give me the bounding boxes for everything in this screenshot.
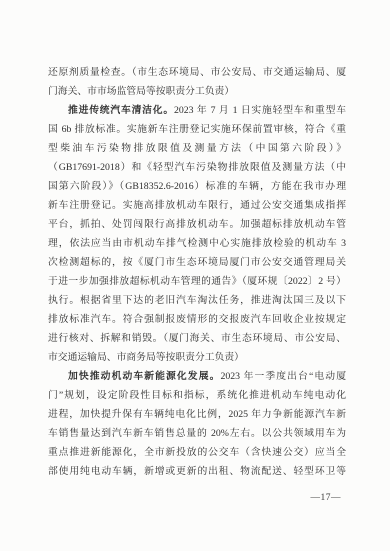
line-text: 国第六阶段）》（GB18352.6-2016）标准的车辆，方能在我市办理 — [48, 181, 346, 192]
text-line: （GB17691-2018）和《轻型汽车污染物排放限值及测量方法（中 — [48, 158, 346, 177]
text-line: 门海关、市市场监管局等按职责分工负责） — [48, 82, 346, 101]
text-line: 门”规划，设定阶段性目标和指标，系统化推进机动车纯电动化 — [48, 386, 346, 405]
text-line: 次检测超标的，按《厦门市生态环境局厦门市公安交通管理局关 — [48, 253, 346, 272]
document-page: 还原剂质量检查。（市生态环境局、市公安局、市交通运输局、厦门海关、市市场监管局等… — [0, 0, 390, 551]
paragraph-heading: 推进传统汽车清洁化。 — [68, 105, 174, 116]
page-number: —17— — [311, 492, 342, 504]
document-body: 还原剂质量检查。（市生态环境局、市公安局、市交通运输局、厦门海关、市市场监管局等… — [48, 63, 346, 481]
line-text: 执行。根据省里下达的老旧汽车淘汰任务，推进淘汰国三及以下 — [48, 295, 346, 306]
line-text: 理，依法应当由市机动车排气检测中心实施排放检验的机动车 3 — [48, 238, 346, 249]
line-text: 部使用纯电动车辆，新增或更新的出租、物流配送、轻型环卫等 — [48, 466, 346, 477]
line-text: （GB17691-2018）和《轻型汽车污染物排放限值及测量方法（中 — [48, 162, 346, 173]
text-line: 还原剂质量检查。（市生态环境局、市公安局、市交通运输局、厦 — [48, 63, 346, 82]
text-line: 加快推动机动车新能源化发展。2023 年一季度出台“电动厦 — [48, 367, 346, 386]
text-line: 国 6b 排放标准。实施新车注册登记实施环保前置审核，符合《重 — [48, 120, 346, 139]
text-line: 市交通运输局、市商务局等按职责分工负责） — [48, 348, 346, 367]
paragraph-heading: 加快推动机动车新能源化发展。 — [68, 371, 220, 382]
line-text: 平台，抓拍、处罚闯限行高排放机动车。加强超标排放机动车管 — [48, 219, 346, 230]
line-text: 门海关、市市场监管局等按职责分工负责） — [48, 86, 234, 97]
text-line: 平台，抓拍、处罚闯限行高排放机动车。加强超标排放机动车管 — [48, 215, 346, 234]
text-line: 车销售量达到汽车新车销售总量的 20%左右。以公共领域用车为 — [48, 424, 346, 443]
line-text: 于进一步加强排放超标机动车管理的通告》（厦环规〔2022〕2 号） — [48, 276, 346, 287]
text-line: 国第六阶段）》（GB18352.6-2016）标准的车辆，方能在我市办理 — [48, 177, 346, 196]
text-line: 新车注册登记。实施高排放机动车限行，通过公安交通集成指挥 — [48, 196, 346, 215]
line-text: 进行核对、拆解和销毁。（厦门海关、市生态环境局、市公安局、 — [48, 333, 346, 344]
text-line: 排放标准汽车。符合强制报废情形的交报废汽车回收企业按规定 — [48, 310, 346, 329]
text-line: 理，依法应当由市机动车排气检测中心实施排放检验的机动车 3 — [48, 234, 346, 253]
line-text: 次检测超标的，按《厦门市生态环境局厦门市公安交通管理局关 — [48, 257, 346, 268]
text-line: 推进传统汽车清洁化。2023 年 7 月 1 日实施轻型车和重型车 — [48, 101, 346, 120]
line-text: 进程，加快提升保有车辆纯电化比例，2025 年力争新能源汽车新 — [48, 409, 346, 420]
text-line: 重点推进新能源化，全市新投放的公交车（含快速公交）应当全 — [48, 443, 346, 462]
text-line: 部使用纯电动车辆，新增或更新的出租、物流配送、轻型环卫等 — [48, 462, 346, 481]
line-text: 型柴油车污染物排放限值及测量方法（中国第六阶段）》 — [48, 143, 346, 154]
line-text: 2023 年 7 月 1 日实施轻型车和重型车 — [174, 105, 346, 116]
line-text: 市交通运输局、市商务局等按职责分工负责） — [48, 352, 244, 363]
line-text: 新车注册登记。实施高排放机动车限行，通过公安交通集成指挥 — [48, 200, 346, 211]
text-line: 执行。根据省里下达的老旧汽车淘汰任务，推进淘汰国三及以下 — [48, 291, 346, 310]
text-line: 型柴油车污染物排放限值及测量方法（中国第六阶段）》 — [48, 139, 346, 158]
line-text: 重点推进新能源化，全市新投放的公交车（含快速公交）应当全 — [48, 447, 346, 458]
text-line: 于进一步加强排放超标机动车管理的通告》（厦环规〔2022〕2 号） — [48, 272, 346, 291]
line-text: 门”规划，设定阶段性目标和指标，系统化推进机动车纯电动化 — [48, 390, 346, 401]
text-line: 进程，加快提升保有车辆纯电化比例，2025 年力争新能源汽车新 — [48, 405, 346, 424]
line-text: 车销售量达到汽车新车销售总量的 20%左右。以公共领域用车为 — [48, 428, 346, 439]
line-text: 还原剂质量检查。（市生态环境局、市公安局、市交通运输局、厦 — [48, 67, 346, 78]
text-line: 进行核对、拆解和销毁。（厦门海关、市生态环境局、市公安局、 — [48, 329, 346, 348]
line-text: 2023 年一季度出台“电动厦 — [220, 371, 346, 382]
line-text: 排放标准汽车。符合强制报废情形的交报废汽车回收企业按规定 — [48, 314, 346, 325]
line-text: 国 6b 排放标准。实施新车注册登记实施环保前置审核，符合《重 — [48, 124, 346, 135]
